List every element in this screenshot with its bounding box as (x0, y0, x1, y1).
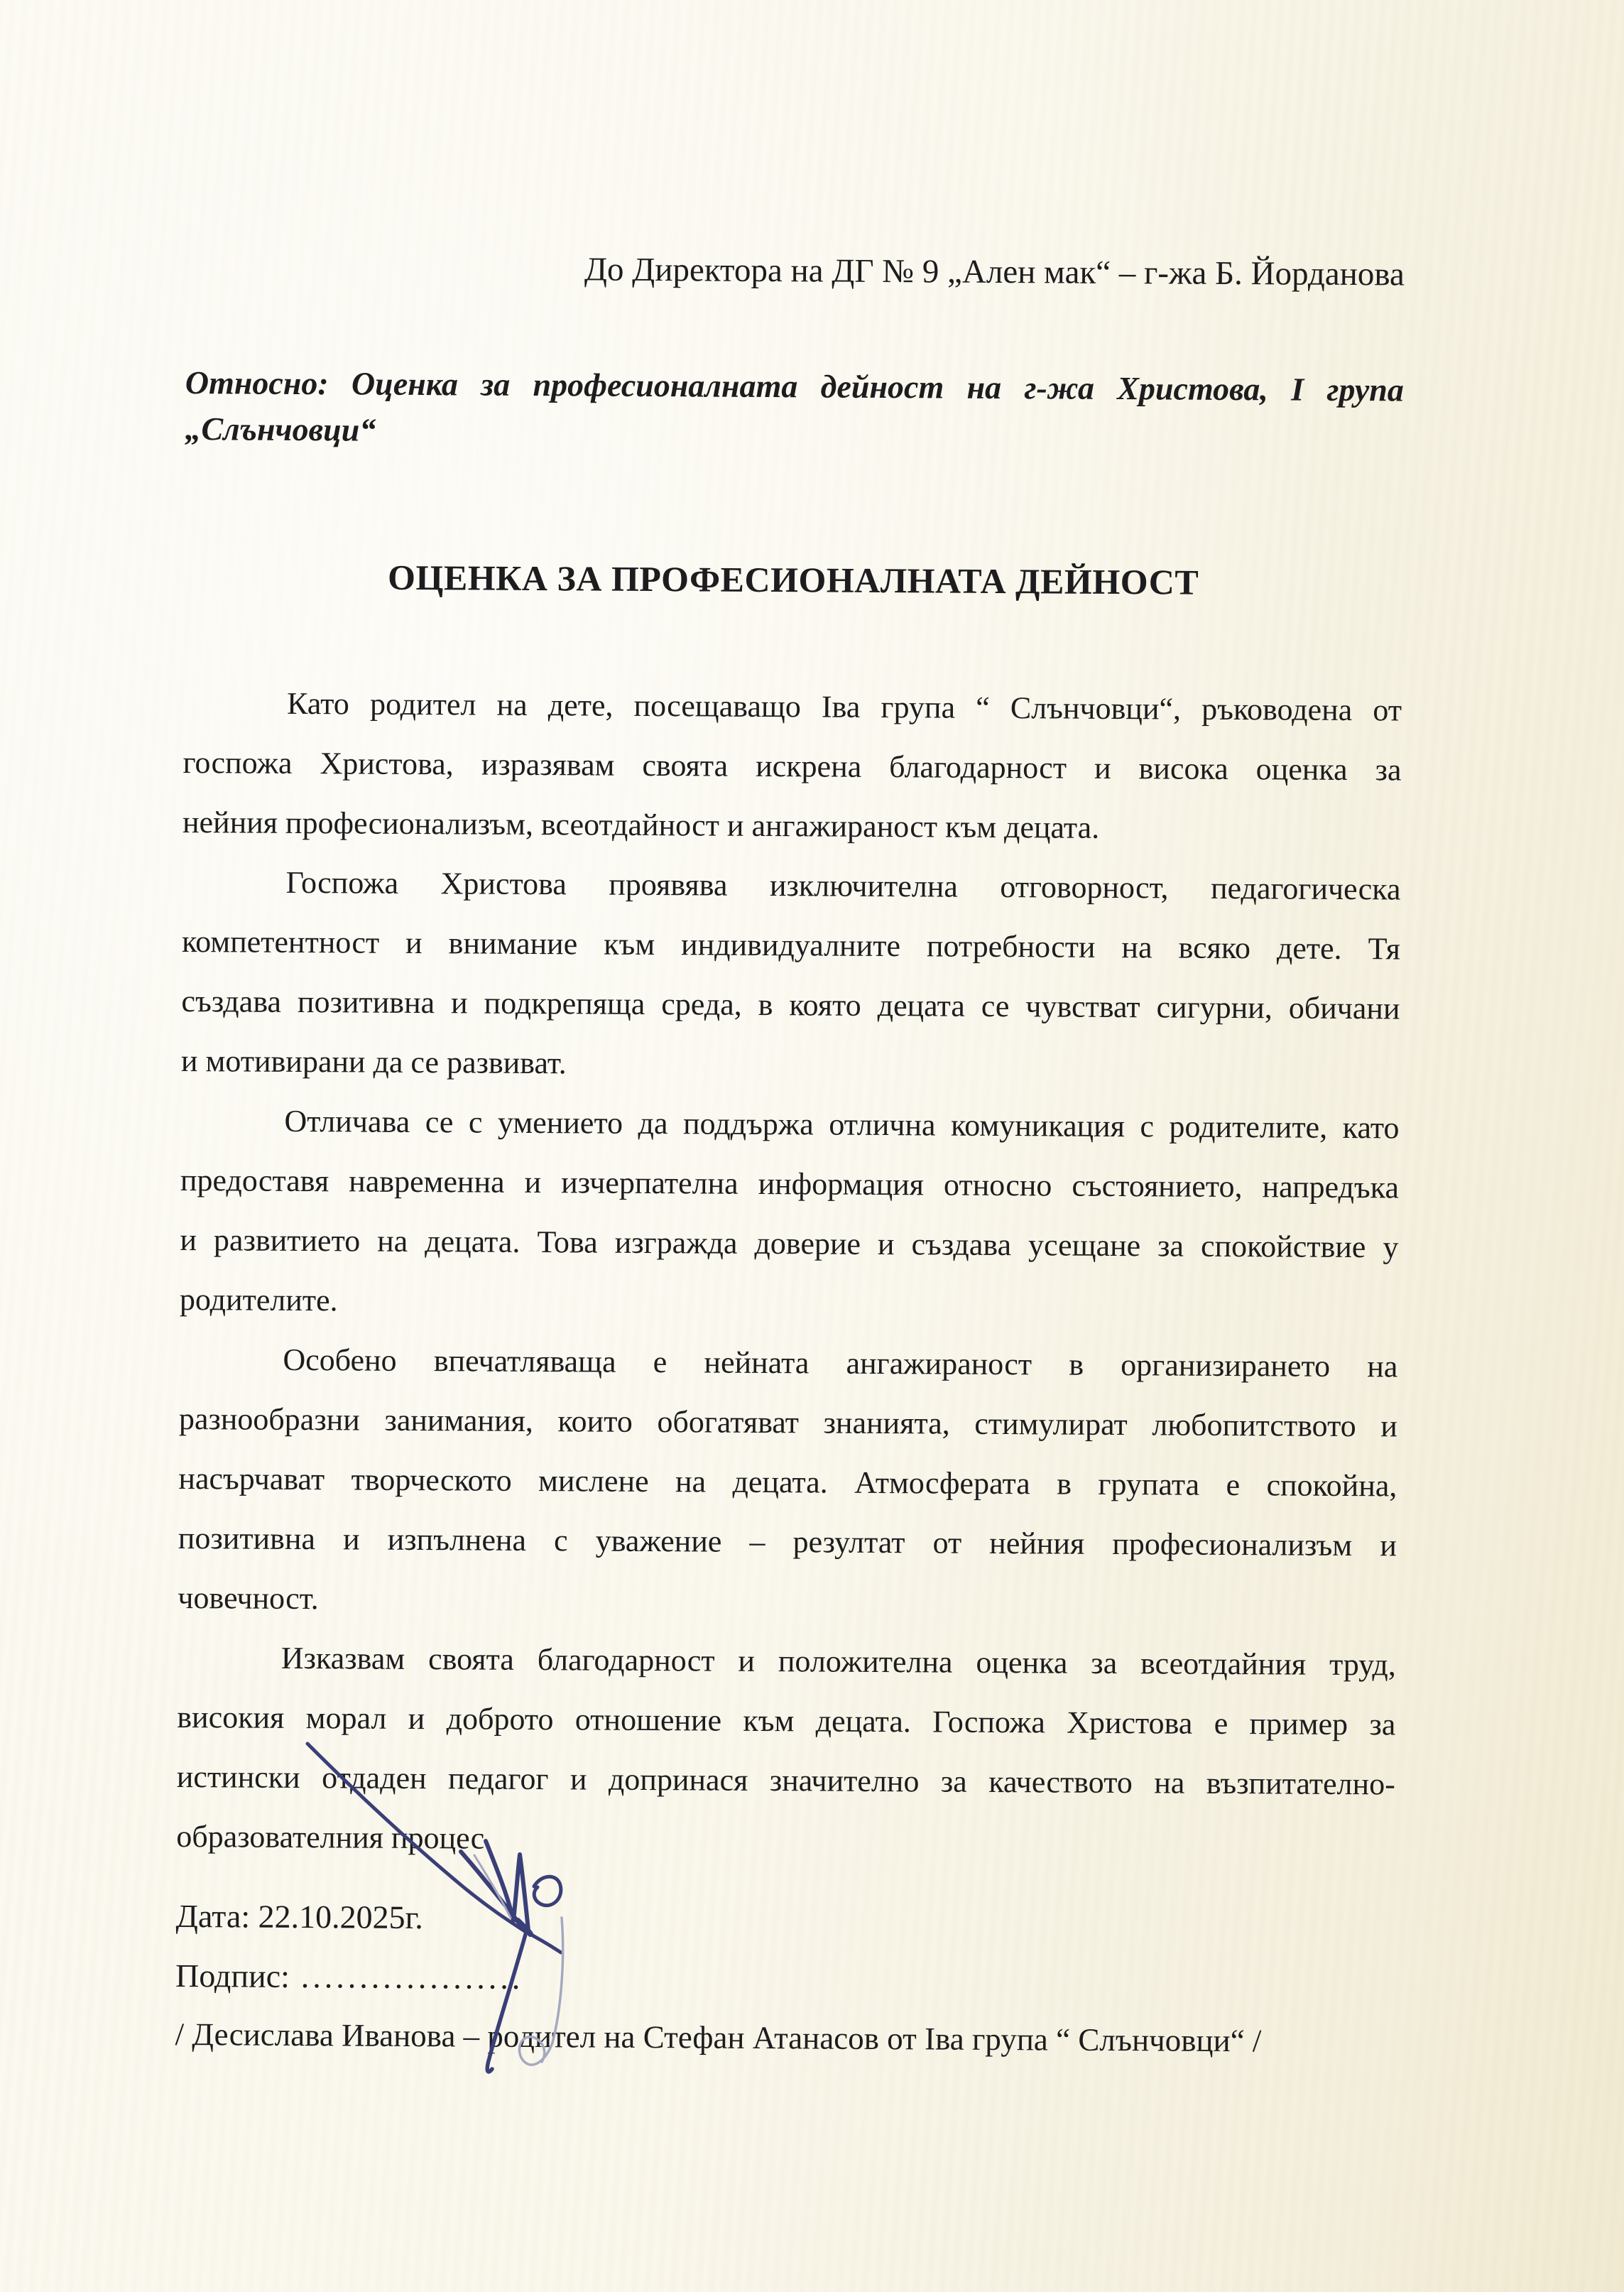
body-line: позитивна и изпълнена с уважение – резул… (178, 1509, 1397, 1575)
body-line: високия морал и доброто отношение към де… (177, 1688, 1395, 1754)
paragraph-1: Като родител на дете, посещаващо Iва гру… (182, 673, 1402, 859)
subject-line-1: Относно: Оценка за професионалната дейно… (185, 359, 1404, 413)
letter-body: Като родител на дете, посещаващо Iва гру… (176, 673, 1402, 1874)
body-line: Изказвам своята благодарност и положител… (178, 1628, 1396, 1695)
signature-line: Подпис:................... (175, 1946, 1394, 2013)
body-line: създава позитивна и подкрепяща среда, в … (181, 972, 1400, 1038)
date-line: Дата: 22.10.2025г. (175, 1886, 1394, 1953)
subject-line-2: „Слънчовци“ (185, 406, 1403, 459)
paragraph-5: Изказвам своята благодарност и положител… (176, 1628, 1396, 1874)
body-line: Отличава се с умението да поддържа отлич… (180, 1091, 1399, 1158)
body-line: Като родител на дете, посещаващо Iва гру… (183, 673, 1402, 740)
body-line: и развитието на децата. Това изгражда до… (180, 1210, 1398, 1277)
recipient-line: До Директора на ДГ № 9 „Ален мак“ – г-жа… (186, 247, 1405, 294)
paragraph-2: Госпожа Христова проявява изключителна о… (181, 852, 1401, 1098)
body-line: Госпожа Христова проявява изключителна о… (182, 852, 1400, 919)
paragraph-3: Отличава се с умението да поддържа отлич… (180, 1091, 1400, 1337)
body-line: насърчават творческото мислене на децата… (178, 1449, 1397, 1516)
body-line: предоставя навременна и изчерпателна инф… (180, 1151, 1399, 1217)
signature-dotted-rule: ................... (301, 1958, 524, 1996)
subject-paragraph: Относно: Оценка за професионалната дейно… (185, 359, 1404, 459)
body-line: образователния процес. (176, 1807, 1395, 1874)
body-line: разнообразни занимания, които обогатяват… (179, 1389, 1397, 1456)
body-line: човечност. (178, 1568, 1396, 1635)
body-line: и мотивирани да се развиват. (181, 1031, 1400, 1098)
date-value: 22.10.2025г. (258, 1899, 423, 1935)
body-line: компетентност и внимание към индивидуалн… (182, 912, 1400, 979)
date-label: Дата: (175, 1898, 250, 1935)
body-line: госпожа Христова, изразявам своята искре… (182, 733, 1401, 800)
signer-attribution-line: / Десислава Иванова – родител на Стефан … (175, 2006, 1393, 2070)
body-line: родителите. (180, 1270, 1398, 1337)
paragraph-4: Особено впечатляваща е нейната ангажиран… (178, 1330, 1398, 1635)
body-line: истински отдаден педагог и допринася зна… (177, 1747, 1395, 1814)
body-line: нейния професионализъм, всеотдайност и а… (182, 793, 1401, 859)
signature-label: Подпис: (175, 1957, 290, 1994)
letter-content: До Директора на ДГ № 9 „Ален мак“ – г-жа… (175, 247, 1405, 2070)
scanned-page: До Директора на ДГ № 9 „Ален мак“ – г-жа… (0, 0, 1624, 2292)
document-title: ОЦЕНКА ЗА ПРОФЕСИОНАЛНАТА ДЕЙНОСТ (184, 555, 1402, 604)
body-line: Особено впечатляваща е нейната ангажиран… (179, 1330, 1397, 1396)
